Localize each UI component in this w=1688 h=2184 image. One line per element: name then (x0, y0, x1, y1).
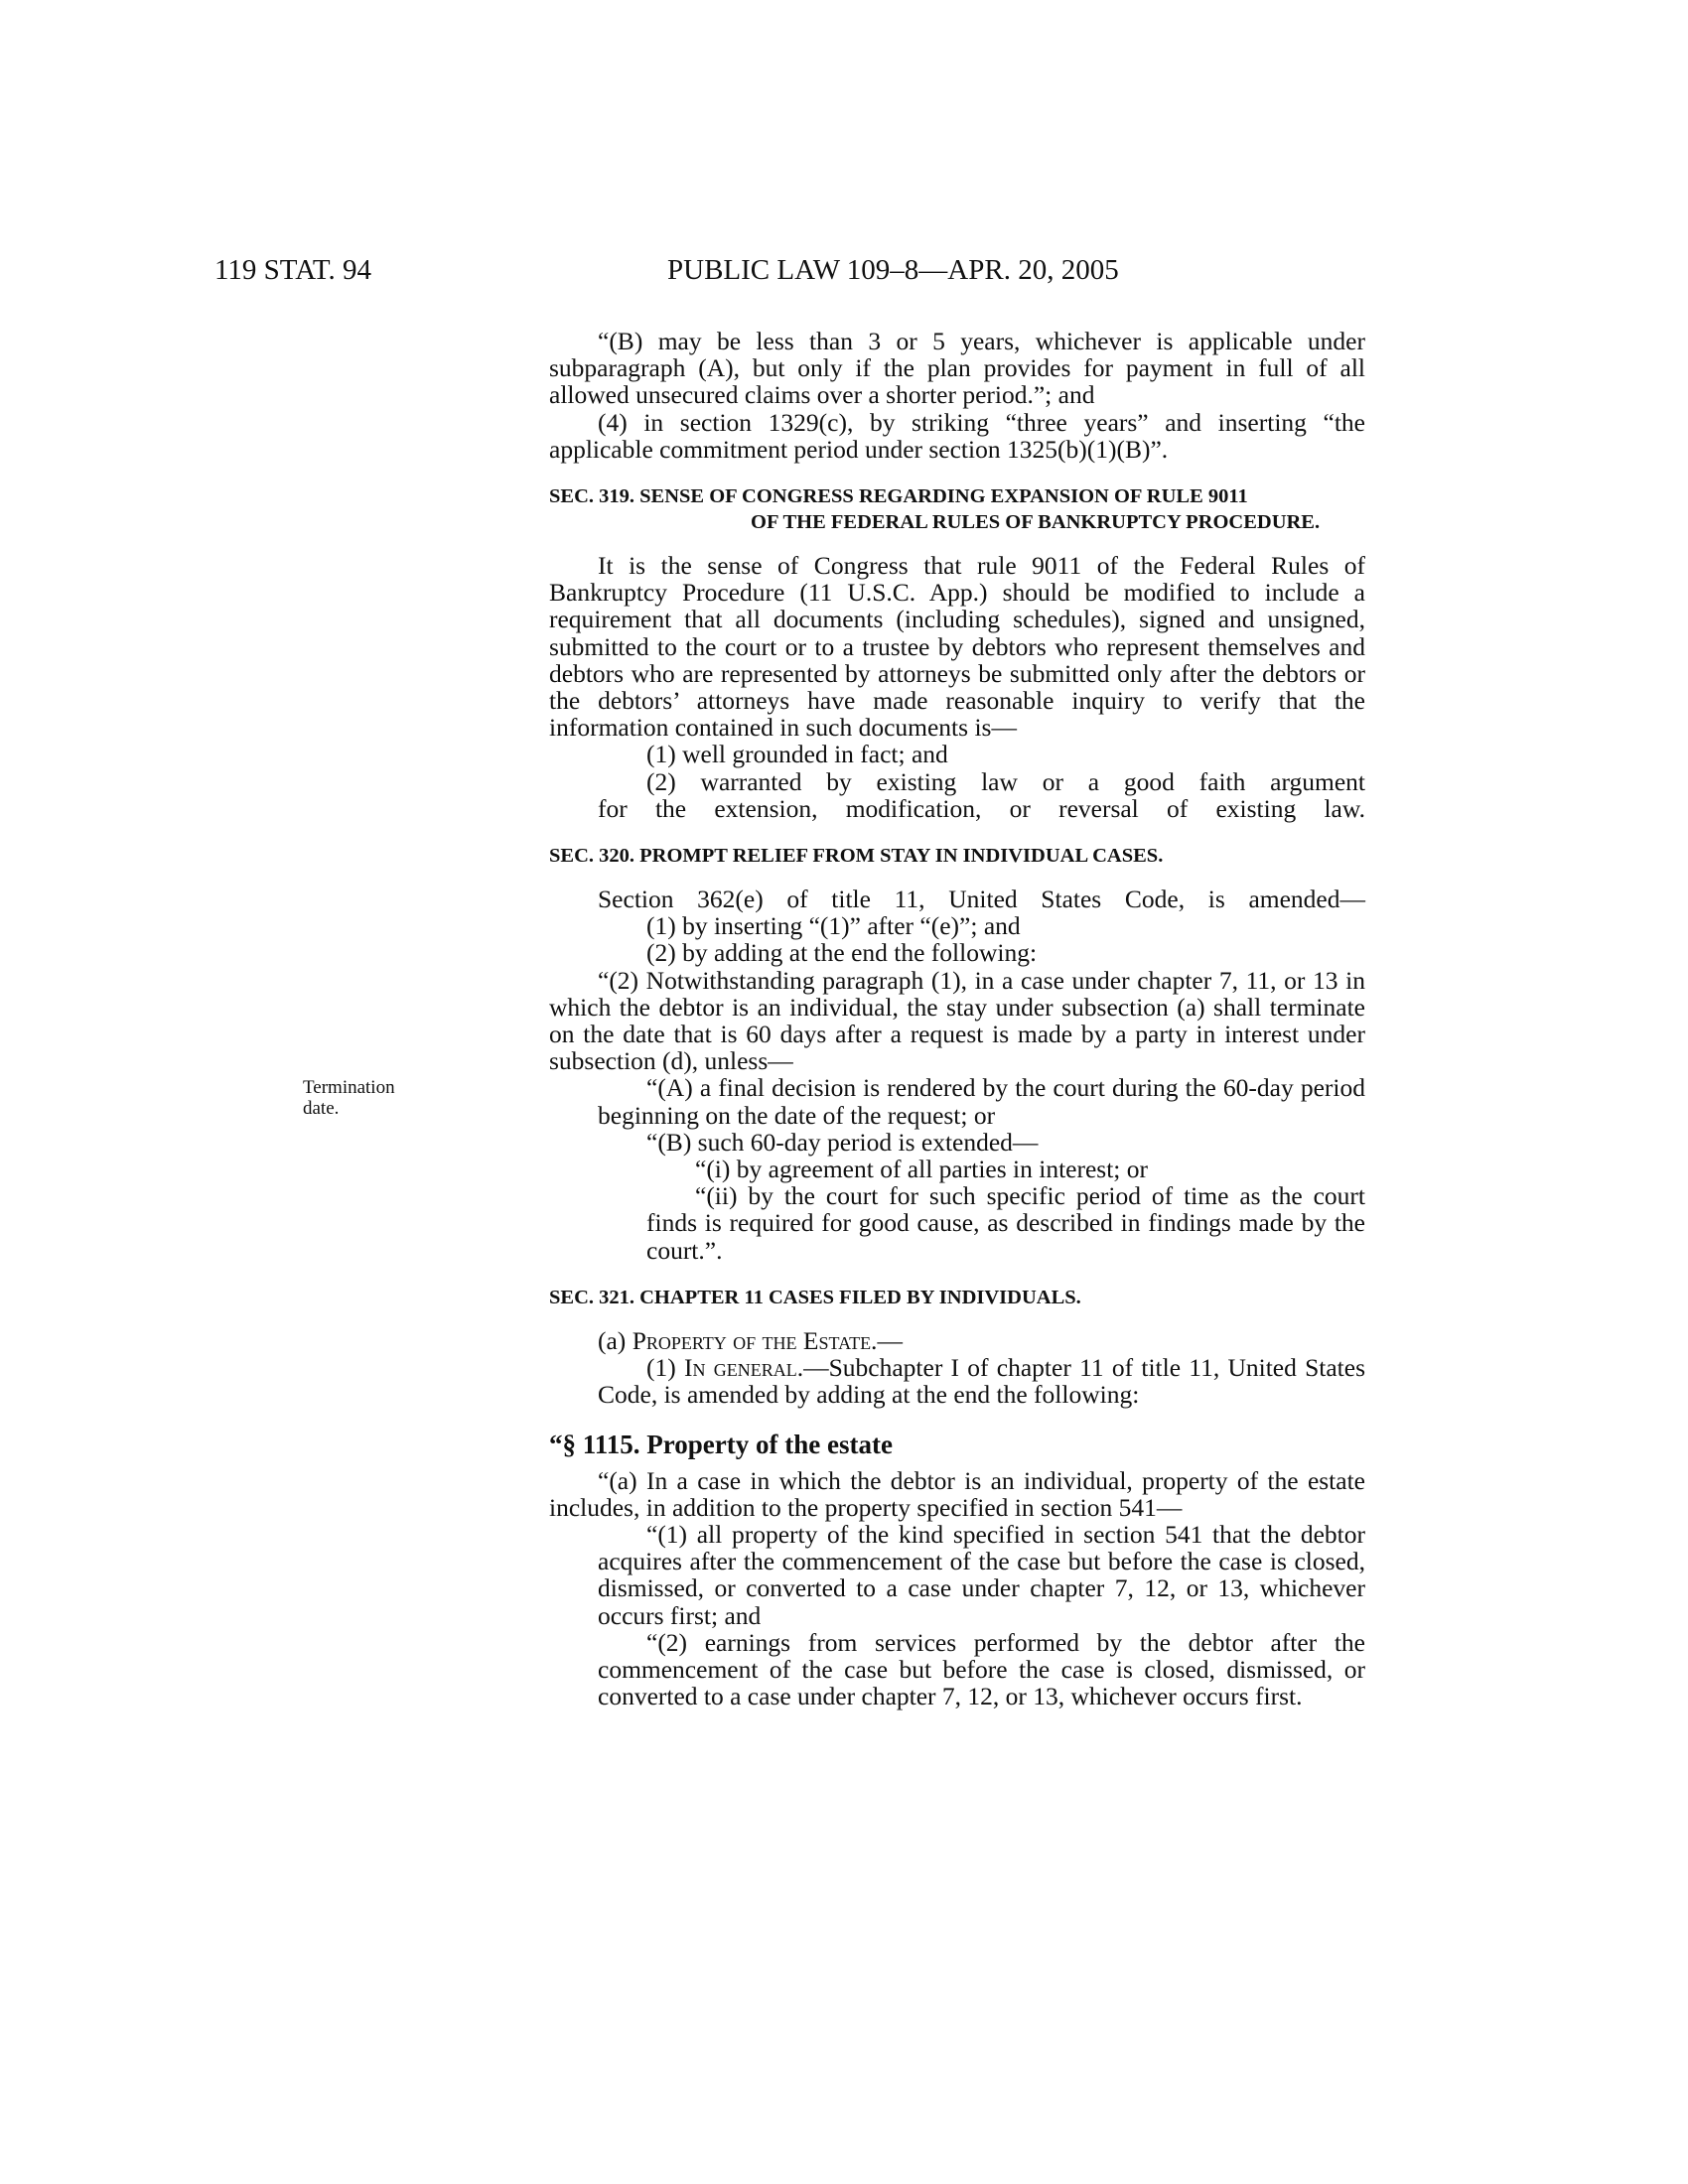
section-320-heading: SEC. 320. PROMPT RELIEF FROM STAY IN IND… (549, 843, 1365, 869)
margin-note-line: date. (303, 1098, 395, 1119)
subparagraph-b: “(B) may be less than 3 or 5 years, whic… (549, 328, 1365, 409)
section-1115-subsection-a: “(a) In a case in which the debtor is an… (549, 1467, 1365, 1521)
heading-line: OF THE FEDERAL RULES OF BANKRUPTCY PROCE… (549, 509, 1365, 535)
subsection-number: (a) (598, 1326, 633, 1355)
section-320-paragraph-2: “(2) Notwithstanding paragraph (1), in a… (549, 967, 1365, 1075)
section-320-item-2: (2) by adding at the end the following: (549, 939, 1365, 966)
section-320-subparagraph-a: “(A) a final decision is rendered by the… (549, 1074, 1365, 1128)
section-1115-paragraph-1: “(1) all property of the kind specified … (549, 1521, 1365, 1629)
subsection-a-property-of-estate: (a) Property of the Estate.— (549, 1327, 1365, 1354)
dash: — (877, 1326, 903, 1355)
paragraph-number: (1) (646, 1353, 684, 1382)
section-320-clause-i: “(i) by agreement of all parties in inte… (549, 1156, 1365, 1182)
section-1115-paragraph-2: “(2) earnings from services performed by… (549, 1629, 1365, 1710)
heading-line: SEC. 319. SENSE OF CONGRESS REGARDING EX… (549, 485, 1248, 507)
section-320-intro: Section 362(e) of title 11, United State… (549, 886, 1365, 912)
margin-note-termination-date: Termination date. (303, 1077, 395, 1119)
section-319-item-1: (1) well grounded in fact; and (549, 741, 1365, 767)
section-319-body: It is the sense of Congress that rule 90… (549, 552, 1365, 741)
amendment-item-4: (4) in section 1329(c), by striking “thr… (549, 409, 1365, 463)
subsection-caption: Property of the Estate. (633, 1326, 878, 1355)
paragraph-1-in-general: (1) In general.—Subchapter I of chapter … (549, 1354, 1365, 1408)
paragraph-caption: In general. (684, 1353, 803, 1382)
stat-page-number: 119 STAT. 94 (214, 254, 371, 287)
section-319-item-2-tail: for the extension, modification, or reve… (549, 795, 1365, 822)
section-320-subparagraph-b: “(B) such 60-day period is extended— (549, 1129, 1365, 1156)
running-head-title: PUBLIC LAW 109–8—APR. 20, 2005 (667, 254, 1119, 287)
section-319-heading: SEC. 319. SENSE OF CONGRESS REGARDING EX… (549, 483, 1365, 535)
section-320-clause-ii: “(ii) by the court for such specific per… (549, 1182, 1365, 1264)
section-1115-title: “§ 1115. Property of the estate (549, 1430, 1365, 1459)
section-319-item-2: (2) warranted by existing law or a good … (549, 768, 1365, 795)
section-320-item-1: (1) by inserting “(1)” after “(e)”; and (549, 912, 1365, 939)
section-321-heading: SEC. 321. CHAPTER 11 CASES FILED BY INDI… (549, 1285, 1365, 1310)
margin-note-line: Termination (303, 1077, 395, 1098)
main-text-column: “(B) may be less than 3 or 5 years, whic… (549, 328, 1365, 1709)
